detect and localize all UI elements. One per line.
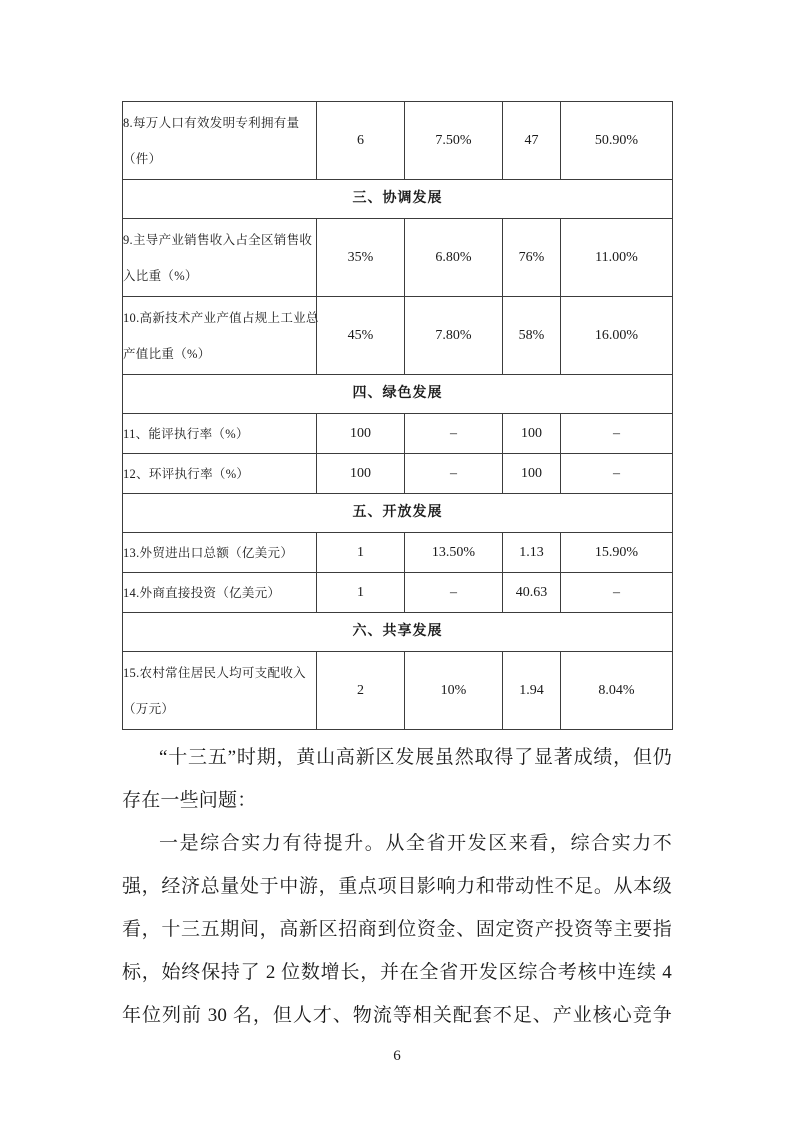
- indicator-value: 7.50%: [405, 102, 503, 180]
- indicator-value: 100: [317, 454, 405, 494]
- indicator-value: 15.90%: [561, 533, 673, 573]
- indicator-label-line: 9.主导产业销售收入占全区销售收: [123, 222, 316, 258]
- indicator-value: 45%: [317, 297, 405, 375]
- indicator-label-line: 8.每万人口有效发明专利拥有量: [123, 105, 316, 141]
- indicator-value: –: [405, 454, 503, 494]
- paragraph: 一是综合实力有待提升。从全省开发区来看，综合实力不强，经济总量处于中游，重点项目…: [122, 822, 672, 1037]
- indicator-value: 35%: [317, 219, 405, 297]
- body-text: “十三五”时期，黄山高新区发展虽然取得了显著成绩，但仍存在一些问题：一是综合实力…: [122, 736, 672, 1037]
- indicator-label-line: （万元）: [123, 691, 316, 727]
- indicator-table-body: 8.每万人口有效发明专利拥有量（件）67.50%4750.90%三、协调发展9.…: [123, 102, 673, 730]
- indicator-value: 2: [317, 652, 405, 730]
- page-number: 6: [393, 1048, 401, 1064]
- indicator-label-line: 12、环评执行率（%）: [123, 456, 316, 492]
- paragraph: “十三五”时期，黄山高新区发展虽然取得了显著成绩，但仍存在一些问题：: [122, 736, 672, 822]
- indicator-value: 7.80%: [405, 297, 503, 375]
- indicator-value: –: [405, 414, 503, 454]
- indicator-label: 9.主导产业销售收入占全区销售收入比重（%）: [123, 219, 317, 297]
- text-line: 强，经济总量处于中游，重点项目影响力和带动性不足。从本级: [122, 865, 672, 908]
- table-section-label: 三、协调发展: [123, 180, 673, 219]
- table-section-row: 三、协调发展: [123, 180, 673, 219]
- table-row: 15.农村常住居民人均可支配收入（万元）210%1.948.04%: [123, 652, 673, 730]
- indicator-value: 11.00%: [561, 219, 673, 297]
- indicator-value: 1.94: [503, 652, 561, 730]
- indicator-value: 10%: [405, 652, 503, 730]
- table-section-row: 四、绿色发展: [123, 375, 673, 414]
- indicator-label-line: 入比重（%）: [123, 258, 316, 294]
- indicator-value: 100: [317, 414, 405, 454]
- page-content: 8.每万人口有效发明专利拥有量（件）67.50%4750.90%三、协调发展9.…: [122, 0, 672, 1067]
- indicator-value: 6: [317, 102, 405, 180]
- document-page: 8.每万人口有效发明专利拥有量（件）67.50%4750.90%三、协调发展9.…: [0, 0, 793, 1122]
- indicator-label-line: （件）: [123, 141, 316, 177]
- table-row: 11、能评执行率（%）100–100–: [123, 414, 673, 454]
- page-footer: 6: [122, 1045, 672, 1067]
- indicator-value: 6.80%: [405, 219, 503, 297]
- indicator-label: 11、能评执行率（%）: [123, 414, 317, 454]
- indicator-value: 1: [317, 573, 405, 613]
- indicator-value: 47: [503, 102, 561, 180]
- indicator-label-line: 13.外贸进出口总额（亿美元）: [123, 535, 316, 571]
- table-section-row: 五、开放发展: [123, 494, 673, 533]
- indicator-value: 13.50%: [405, 533, 503, 573]
- table-section-row: 六、共享发展: [123, 613, 673, 652]
- table-row: 9.主导产业销售收入占全区销售收入比重（%）35%6.80%76%11.00%: [123, 219, 673, 297]
- table-row: 8.每万人口有效发明专利拥有量（件）67.50%4750.90%: [123, 102, 673, 180]
- indicator-label: 13.外贸进出口总额（亿美元）: [123, 533, 317, 573]
- indicator-label: 8.每万人口有效发明专利拥有量（件）: [123, 102, 317, 180]
- indicator-value: 76%: [503, 219, 561, 297]
- text-line: 年位列前 30 名，但人才、物流等相关配套不足、产业核心竞争: [122, 994, 672, 1037]
- text-line: 存在一些问题：: [122, 779, 672, 822]
- indicator-table: 8.每万人口有效发明专利拥有量（件）67.50%4750.90%三、协调发展9.…: [122, 101, 673, 730]
- table-row: 13.外贸进出口总额（亿美元）113.50%1.1315.90%: [123, 533, 673, 573]
- indicator-value: 40.63: [503, 573, 561, 613]
- table-section-label: 四、绿色发展: [123, 375, 673, 414]
- text-line: 看，十三五期间，高新区招商到位资金、固定资产投资等主要指: [122, 908, 672, 951]
- indicator-value: 16.00%: [561, 297, 673, 375]
- indicator-value: 1.13: [503, 533, 561, 573]
- indicator-value: –: [405, 573, 503, 613]
- indicator-value: 50.90%: [561, 102, 673, 180]
- table-row: 14.外商直接投资（亿美元）1–40.63–: [123, 573, 673, 613]
- indicator-label: 10.高新技术产业产值占规上工业总产值比重（%）: [123, 297, 317, 375]
- indicator-label-line: 15.农村常住居民人均可支配收入: [123, 655, 316, 691]
- indicator-label-line: 11、能评执行率（%）: [123, 416, 316, 452]
- table-section-label: 六、共享发展: [123, 613, 673, 652]
- indicator-label: 12、环评执行率（%）: [123, 454, 317, 494]
- indicator-value: –: [561, 573, 673, 613]
- indicator-label-line: 10.高新技术产业产值占规上工业总: [123, 300, 316, 336]
- text-line: 标，始终保持了 2 位数增长，并在全省开发区综合考核中连续 4: [122, 951, 672, 994]
- table-section-label: 五、开放发展: [123, 494, 673, 533]
- indicator-label-line: 14.外商直接投资（亿美元）: [123, 575, 316, 611]
- indicator-value: 8.04%: [561, 652, 673, 730]
- indicator-value: –: [561, 454, 673, 494]
- indicator-label: 15.农村常住居民人均可支配收入（万元）: [123, 652, 317, 730]
- indicator-value: –: [561, 414, 673, 454]
- text-line: 一是综合实力有待提升。从全省开发区来看，综合实力不: [122, 822, 672, 865]
- indicator-label: 14.外商直接投资（亿美元）: [123, 573, 317, 613]
- indicator-value: 100: [503, 414, 561, 454]
- indicator-value: 100: [503, 454, 561, 494]
- top-margin: [122, 0, 672, 101]
- text-line: “十三五”时期，黄山高新区发展虽然取得了显著成绩，但仍: [122, 736, 672, 779]
- indicator-value: 1: [317, 533, 405, 573]
- indicator-value: 58%: [503, 297, 561, 375]
- table-row: 12、环评执行率（%）100–100–: [123, 454, 673, 494]
- indicator-label-line: 产值比重（%）: [123, 336, 316, 372]
- table-row: 10.高新技术产业产值占规上工业总产值比重（%）45%7.80%58%16.00…: [123, 297, 673, 375]
